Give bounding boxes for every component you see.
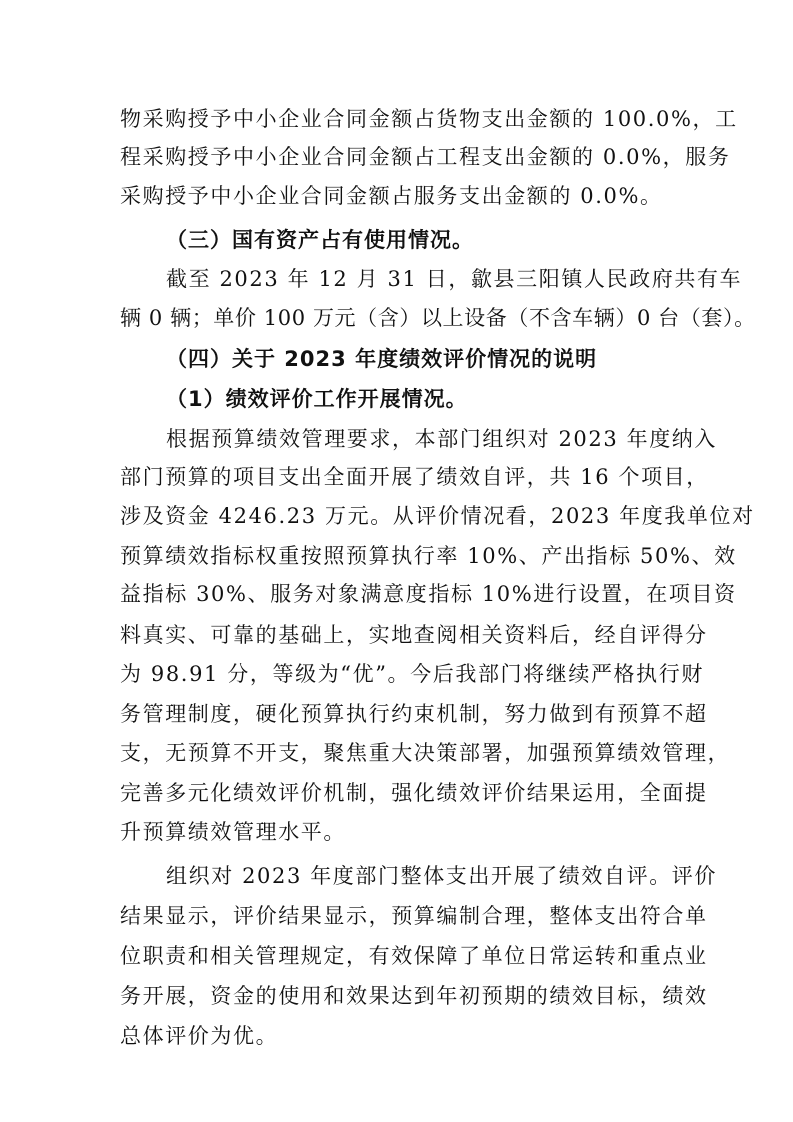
project-eval-line-3: 涉及资金 4246.23 万元。从评价情况看，2023 年度我单位对 [120, 497, 675, 535]
project-eval-line-6: 料真实、可靠的基础上，实地查阅相关资料后，经自评得分 [120, 616, 675, 654]
overall-eval-line-1: 组织对 2023 年度部门整体支出开展了绩效自评。评价 [120, 857, 675, 895]
assets-line-1: 截至 2023 年 12 月 31 日，歙县三阳镇人民政府共有车 [120, 260, 675, 298]
procurement-line-2: 程采购授予中小企业合同金额占工程支出金额的 0.0%，服务 [120, 138, 675, 176]
overall-eval-line-3: 位职责和相关管理规定，有效保障了单位日常运转和重点业 [120, 937, 675, 975]
project-eval-line-8: 务管理制度，硬化预算执行约束机制，努力做到有预算不超 [120, 695, 675, 733]
overall-eval-line-4: 务开展，资金的使用和效果达到年初预期的绩效目标，绩效 [120, 977, 675, 1015]
project-eval-line-10: 完善多元化绩效评价机制，强化绩效评价结果运用，全面提 [120, 774, 675, 812]
heading-state-assets: （三）国有资产占有使用情况。 [120, 221, 675, 259]
project-eval-line-2: 部门预算的项目支出全面开展了绩效自评，共 16 个项目， [120, 458, 675, 496]
heading-performance-evaluation: （四）关于 2023 年度绩效评价情况的说明 [120, 340, 675, 378]
project-eval-line-11: 升预算绩效管理水平。 [120, 813, 675, 851]
project-eval-line-9: 支，无预算不开支，聚焦重大决策部署，加强预算绩效管理， [120, 734, 675, 772]
project-eval-line-4: 预算绩效指标权重按照预算执行率 10%、产出指标 50%、效 [120, 537, 675, 575]
procurement-line-1: 物采购授予中小企业合同金额占货物支出金额的 100.0%，工 [120, 100, 675, 138]
assets-line-2: 辆 0 辆；单价 100 万元（含）以上设备（不含车辆）0 台（套）。 [120, 299, 675, 337]
overall-eval-line-2: 结果显示，评价结果显示，预算编制合理，整体支出符合单 [120, 897, 675, 935]
overall-eval-line-5: 总体评价为优。 [120, 1017, 675, 1055]
project-eval-line-5: 益指标 30%、服务对象满意度指标 10%进行设置，在项目资 [120, 575, 675, 613]
procurement-line-3: 采购授予中小企业合同金额占服务支出金额的 0.0%。 [120, 177, 675, 215]
subheading-performance-work: （1）绩效评价工作开展情况。 [120, 380, 675, 418]
project-eval-line-7: 为 98.91 分，等级为“优”。今后我部门将继续严格执行财 [120, 655, 675, 693]
project-eval-line-1: 根据预算绩效管理要求，本部门组织对 2023 年度纳入 [120, 420, 675, 458]
